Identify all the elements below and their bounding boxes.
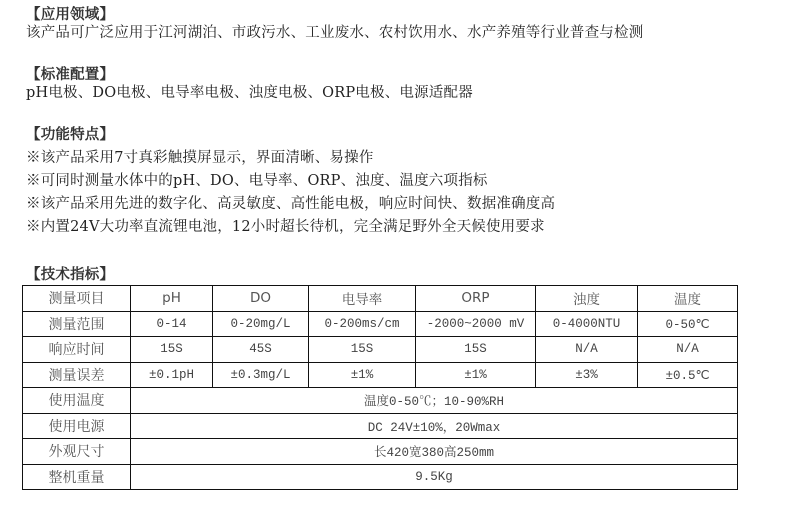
row-label: 外观尺寸 [23,439,131,465]
table-row: 响应时间 15S 45S 15S 15S N/A N/A [23,337,738,363]
table-cell: 长420宽380高250mm [131,439,738,465]
spec-table: 测量项目 pH DO 电导率 ORP 浊度 温度 测量范围 0-14 0-20m… [22,285,738,490]
section-standard-config: 【标准配置】 pH电极、DO电极、电导率电极、浊度电极、ORP电极、电源适配器 [26,66,473,102]
section-title: 【应用领域】 [26,6,643,24]
table-cell: ±0.1pH [131,362,213,388]
row-label: 测量误差 [23,362,131,388]
header-cell: pH [131,286,213,312]
table-cell: 温度0-50℃；10-90%RH [131,388,738,414]
table-cell: ±3% [536,362,638,388]
table-row: 测量误差 ±0.1pH ±0.3mg/L ±1% ±1% ±3% ±0.5℃ [23,362,738,388]
header-cell: ORP [416,286,536,312]
table-cell: 0-20mg/L [213,311,309,337]
section-text: pH电极、DO电极、电导率电极、浊度电极、ORP电极、电源适配器 [26,84,473,102]
header-cell: 测量项目 [23,286,131,312]
table-cell: ±0.3mg/L [213,362,309,388]
header-cell: DO [213,286,309,312]
feature-item: ※该产品采用先进的数字化、高灵敏度、高性能电极，响应时间快、数据准确度高 [26,195,555,213]
row-label: 整机重量 [23,464,131,490]
table-row: 测量范围 0-14 0-20mg/L 0-200ms/cm -2000~2000… [23,311,738,337]
table-cell: 15S [416,337,536,363]
table-row: 使用温度 温度0-50℃；10-90%RH [23,388,738,414]
section-features: 【功能特点】 ※该产品采用7寸真彩触摸屏显示，界面清晰、易操作 ※可同时测量水体… [26,126,555,236]
section-title: 【技术指标】 [26,266,114,284]
row-label: 使用温度 [23,388,131,414]
feature-item: ※内置24V大功率直流锂电池，12小时超长待机，完全满足野外全天候使用要求 [26,218,555,236]
table-cell: 9.5Kg [131,464,738,490]
table-cell: 0-200ms/cm [309,311,416,337]
header-cell: 电导率 [309,286,416,312]
feature-item: ※可同时测量水体中的pH、DO、电导率、ORP、浊度、温度六项指标 [26,172,555,190]
header-cell: 浊度 [536,286,638,312]
table-cell: 15S [309,337,416,363]
section-specs-title-wrap: 【技术指标】 [26,266,114,284]
feature-item: ※该产品采用7寸真彩触摸屏显示，界面清晰、易操作 [26,149,555,167]
table-cell: 0-14 [131,311,213,337]
table-cell: ±0.5℃ [638,362,738,388]
table-row: 外观尺寸 长420宽380高250mm [23,439,738,465]
header-cell: 温度 [638,286,738,312]
row-label: 测量范围 [23,311,131,337]
section-application: 【应用领域】 该产品可广泛应用于江河湖泊、市政污水、工业废水、农村饮用水、水产养… [26,6,643,42]
table-cell: -2000~2000 mV [416,311,536,337]
table-header-row: 测量项目 pH DO 电导率 ORP 浊度 温度 [23,286,738,312]
row-label: 使用电源 [23,413,131,439]
section-text: 该产品可广泛应用于江河湖泊、市政污水、工业废水、农村饮用水、水产养殖等行业普查与… [26,24,643,42]
table-row: 整机重量 9.5Kg [23,464,738,490]
table-cell: 45S [213,337,309,363]
table-row: 使用电源 DC 24V±10%，20Wmax [23,413,738,439]
row-label: 响应时间 [23,337,131,363]
table-cell: ±1% [416,362,536,388]
table-cell: ±1% [309,362,416,388]
section-title: 【标准配置】 [26,66,473,84]
table-cell: DC 24V±10%，20Wmax [131,413,738,439]
section-title: 【功能特点】 [26,126,555,144]
table-cell: 0-4000NTU [536,311,638,337]
table-cell: 15S [131,337,213,363]
table-cell: 0-50℃ [638,311,738,337]
table-cell: N/A [536,337,638,363]
table-cell: N/A [638,337,738,363]
